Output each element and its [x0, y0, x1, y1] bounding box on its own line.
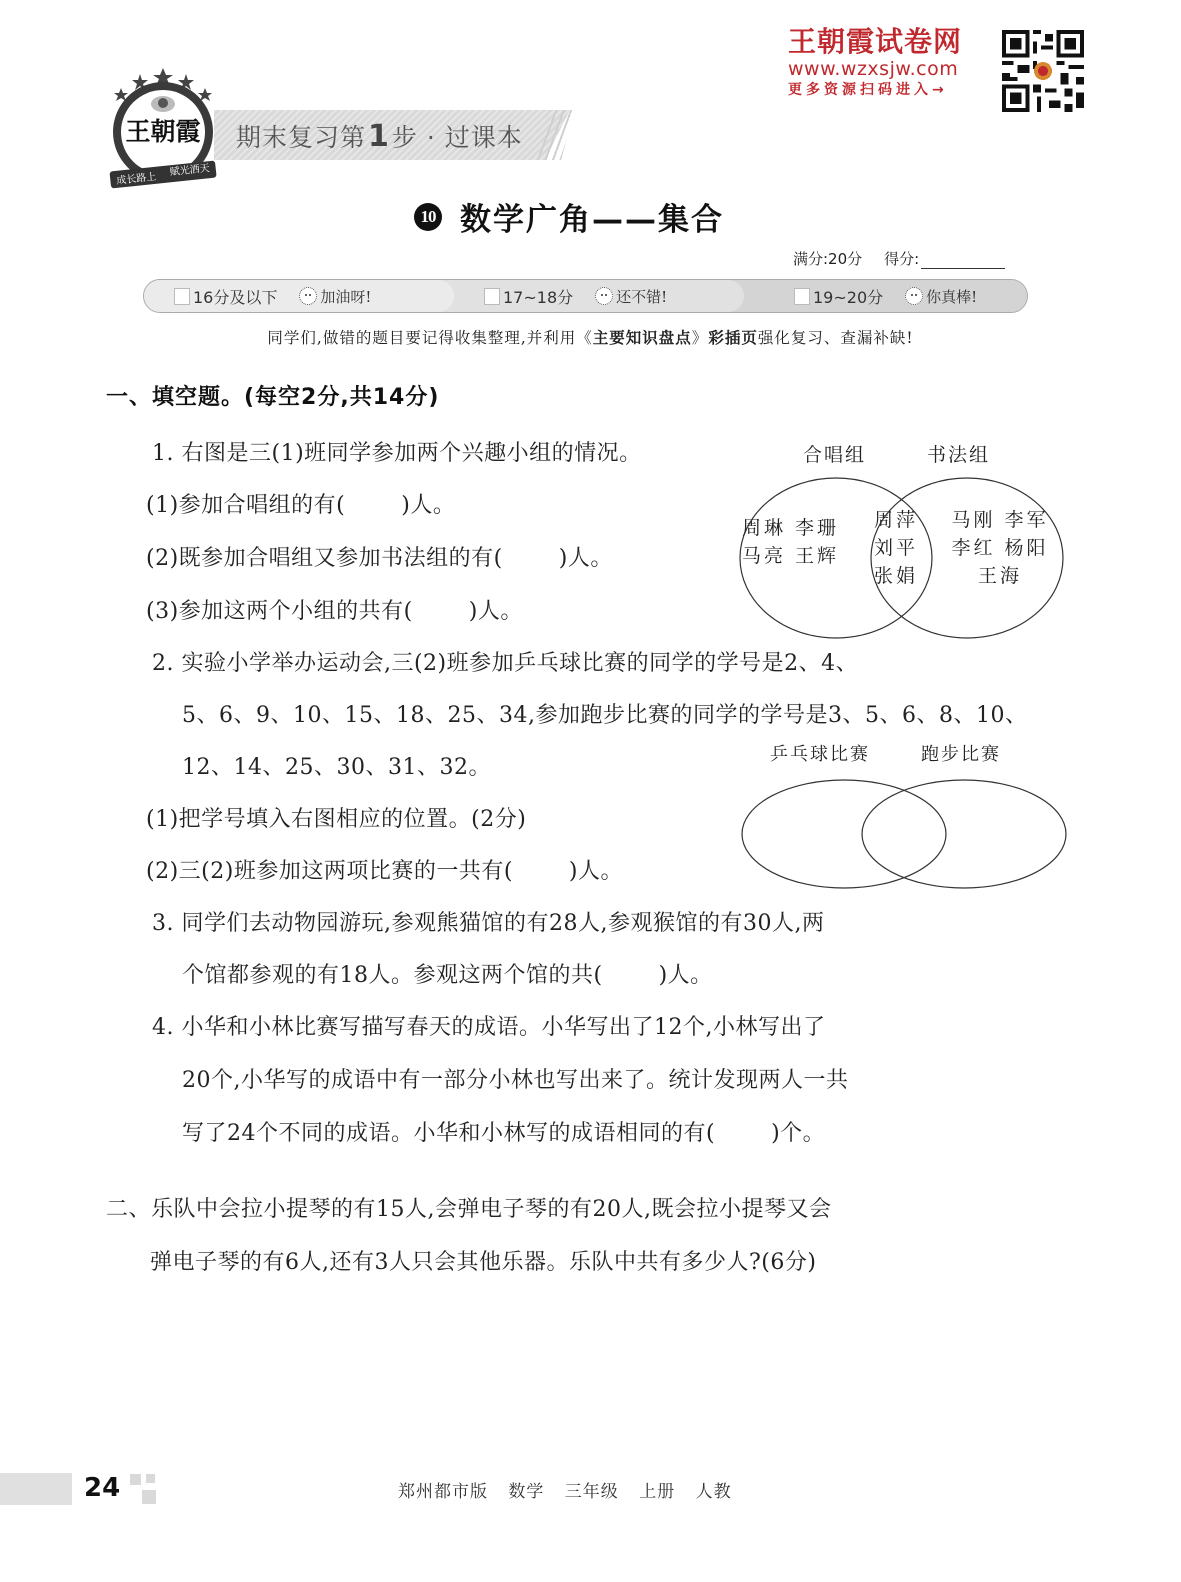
q4-text: 写了24个不同的成语。小华和小林写的成语相同的有( [182, 1121, 715, 1146]
grading-strip: 16分及以下 加油呀! 17~18分 还不错! 19~20分 你真棒! [143, 279, 1028, 313]
venn-name-row: 王海 [942, 562, 1058, 590]
q4-unit: )个。 [771, 1121, 825, 1146]
venn-name-row: 张娟 [874, 562, 918, 590]
q4-line-2: 20个,小华写的成语中有一部分小林也写出来了。统计发现两人一共 [182, 1063, 849, 1094]
q3-unit: )人。 [659, 963, 713, 988]
section-2-answer-area[interactable] [106, 1290, 1076, 1460]
section-1-heading: 一、填空题。(每空2分,共14分) [106, 380, 439, 411]
footer-decor-square [142, 1490, 156, 1504]
grade-range: 16分及以下 [193, 285, 277, 308]
q1-part-2: (2)既参加合唱组又参加书法组的有()人。 [146, 541, 613, 572]
venn-name-row: 马刚 李军 [942, 506, 1058, 534]
grade-checkbox[interactable] [794, 288, 810, 305]
band-prefix: 期末复习第 [236, 123, 366, 152]
qr-code-icon[interactable] [1002, 30, 1084, 112]
page-number: 24 [84, 1473, 120, 1503]
venn-name-row: 刘平 [874, 534, 918, 562]
brand-name: 王朝霞试卷网 [788, 26, 998, 58]
footer-decor-square [130, 1474, 141, 1485]
q4-line-1: 4. 小华和小林比赛写描写春天的成语。小华写出了12个,小林写出了 [152, 1010, 825, 1041]
face-icon [595, 287, 613, 305]
section-2-line-1: 二、乐队中会拉小提琴的有15人,会弹电子琴的有20人,既会拉小提琴又会 [106, 1192, 831, 1223]
grade-range: 19~20分 [813, 285, 883, 308]
page-title: 10 数学广角——集合 [414, 194, 724, 239]
grade-message: 还不错! [616, 286, 667, 307]
q1-part-3-unit: )人。 [469, 599, 523, 624]
footer-decor-square [146, 1474, 155, 1483]
grade-checkbox[interactable] [484, 288, 500, 305]
q2-line-2: 5、6、9、10、15、18、25、34,参加跑步比赛的同学的学号是3、5、6、… [182, 698, 1027, 729]
brand-block: 王朝霞试卷网 www.wzxsjw.com 更多资源扫码进入→ [788, 26, 998, 100]
reminder-text: 同学们,做错的题目要记得收集整理,并利用《 [267, 329, 592, 347]
q1-part-2-text: (2)既参加合唱组又参加书法组的有( [146, 546, 503, 571]
q3-line-2: 个馆都参观的有18人。参观这两个馆的共()人。 [182, 958, 713, 989]
brand-logo-badge: 王朝霞 成长路上 赋光洒天 [104, 66, 222, 194]
q4-line-3: 写了24个不同的成语。小华和小林写的成语相同的有()个。 [182, 1116, 825, 1147]
venn-name-row: 李红 杨阳 [942, 534, 1058, 562]
q1-part-1: (1)参加合唱组的有()人。 [146, 488, 455, 519]
section-2-line-2: 弹电子琴的有6人,还有3人只会其他乐器。乐队中共有多少人?(6分) [150, 1245, 816, 1276]
q2-line-1: 2. 实验小学举办运动会,三(2)班参加乒乓球比赛的同学的学号是2、4、 [152, 646, 858, 677]
venn-both: 周萍 刘平 张娟 [874, 506, 918, 590]
lesson-number-badge: 10 [414, 203, 442, 231]
q1-part-2-unit: )人。 [559, 546, 613, 571]
q2-part-1: (1)把学号填入右图相应的位置。(2分) [146, 802, 526, 833]
grade-tier-3: 19~20分 你真棒! [724, 280, 1027, 312]
brand-url-link[interactable]: www.wzxsjw.com [788, 58, 998, 80]
band-suffix: 步 · 过课本 [392, 123, 523, 152]
lesson-title: 数学广角——集合 [460, 194, 724, 239]
q3-text: 个馆都参观的有18人。参观这两个馆的共( [182, 963, 603, 988]
q1-part-3-text: (3)参加这两个小组的共有( [146, 599, 413, 624]
band-step-number: 1 [368, 119, 390, 154]
grade-tier-2: 17~18分 还不错! [434, 280, 744, 312]
face-icon [905, 287, 923, 305]
venn-name-row: 马亮 王辉 [742, 542, 839, 570]
reminder-highlight: 主要知识盘点 [593, 329, 692, 347]
grade-range: 17~18分 [503, 285, 573, 308]
q2-part-2-text: (2)三(2)班参加这两项比赛的一共有( [146, 859, 513, 884]
full-score-label: 满分:20分 [793, 248, 862, 269]
score-blank-field[interactable] [921, 253, 1005, 269]
q1-part-3: (3)参加这两个小组的共有()人。 [146, 594, 523, 625]
q2-part-2: (2)三(2)班参加这两项比赛的一共有()人。 [146, 854, 623, 885]
reminder-text: 》 [692, 329, 709, 347]
reminder-note: 同学们,做错的题目要记得收集整理,并利用《主要知识盘点》彩插页强化复习、查漏补缺… [0, 326, 1181, 348]
grade-message: 你真棒! [926, 286, 977, 307]
venn-name-row: 周萍 [874, 506, 918, 534]
venn-name-row: 周琳 李珊 [742, 514, 839, 542]
q2-line-3: 12、14、25、30、31、32。 [182, 750, 491, 781]
q1-part-1-unit: )人。 [401, 493, 455, 518]
grade-tier-1: 16分及以下 加油呀! [144, 280, 454, 312]
venn-label-calligraphy: 书法组 [927, 440, 990, 467]
score-line: 满分:20分 得分: [793, 248, 1005, 269]
svg-text:王朝霞: 王朝霞 [125, 117, 200, 146]
footer-bar [0, 1473, 72, 1505]
header-band-title: 期末复习第1步 · 过课本 [236, 118, 523, 154]
face-icon [299, 287, 317, 305]
q3-line-1: 3. 同学们去动物园游玩,参观熊猫馆的有28人,参观猴馆的有30人,两 [152, 906, 824, 937]
reminder-text: 强化复习、查漏补缺! [758, 329, 914, 347]
grade-checkbox[interactable] [174, 288, 190, 305]
q1-stem: 1. 右图是三(1)班同学参加两个兴趣小组的情况。 [152, 436, 642, 467]
venn-calligraphy-only: 马刚 李军 李红 杨阳 王海 [942, 506, 1058, 590]
venn-label-table-tennis: 乒乓球比赛 [770, 740, 870, 766]
q2-part-2-unit: )人。 [569, 859, 623, 884]
venn-label-choir: 合唱组 [803, 440, 866, 467]
venn-diagram-q2[interactable] [738, 776, 1070, 894]
venn-label-running: 跑步比赛 [921, 740, 1001, 766]
q1-part-1-text: (1)参加合唱组的有( [146, 493, 345, 518]
edition-info: 郑州都市版 数学 三年级 上册 人教 [398, 1477, 732, 1502]
venn-choir-only: 周琳 李珊 马亮 王辉 [742, 514, 839, 570]
grade-message: 加油呀! [320, 286, 371, 307]
score-label: 得分: [884, 248, 919, 269]
reminder-highlight: 彩插页 [708, 329, 758, 347]
brand-cta: 更多资源扫码进入→ [788, 80, 998, 100]
